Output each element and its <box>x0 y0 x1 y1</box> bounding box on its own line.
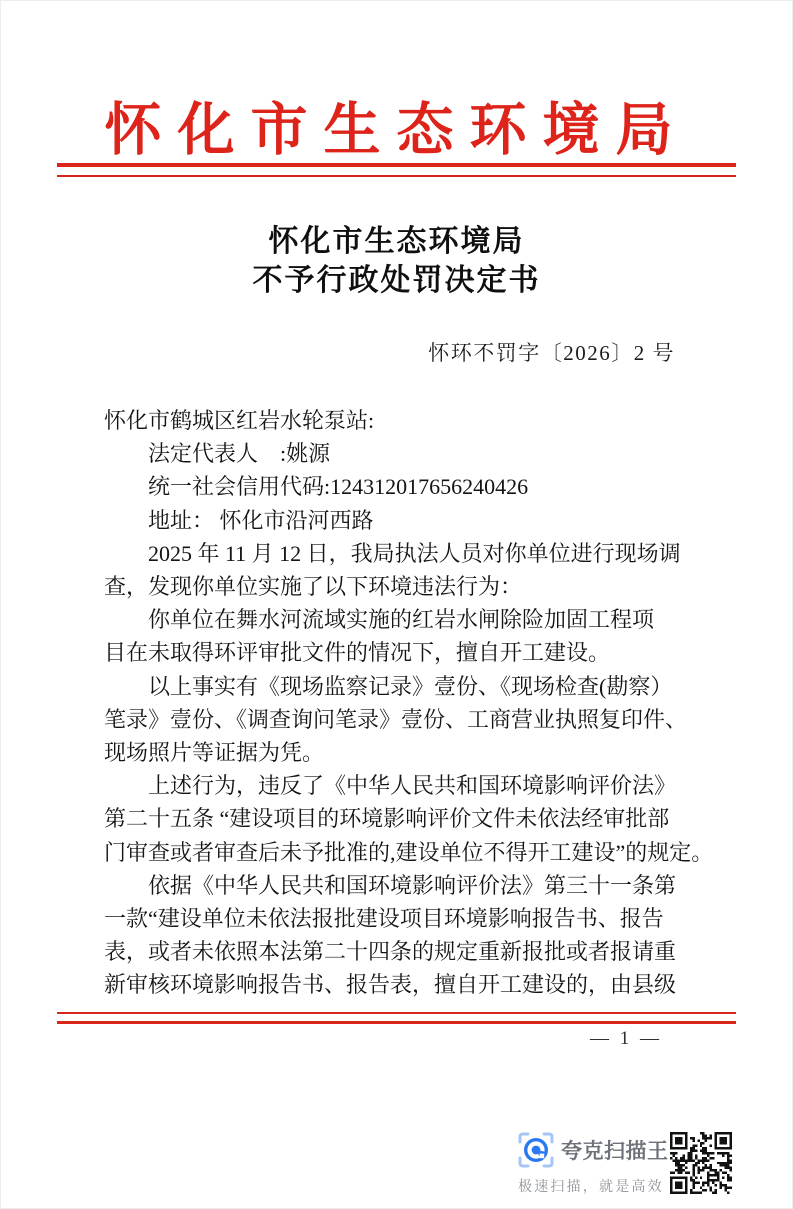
footer-divider-rule <box>57 1012 736 1024</box>
document-body: 怀化市鹤城区红岩水轮泵站: 法定代表人 :姚源 统一社会信用代码:1243120… <box>104 404 744 1002</box>
body-line: 怀化市鹤城区红岩水轮泵站: <box>104 404 744 437</box>
body-line: 新审核环境影响报告书、报告表，擅自开工建设的，由县级 <box>104 968 744 1001</box>
document-title-line2: 不予行政处罚决定书 <box>0 261 793 300</box>
body-line: 法定代表人 :姚源 <box>104 437 744 470</box>
body-line: 笔录》壹份、《调查询问笔录》壹份、工商营业执照复印件、 <box>104 703 744 736</box>
body-line: 以上事实有《现场监察记录》壹份、《现场检查(勘察） <box>104 670 744 703</box>
page-number: — 1 — <box>590 1028 662 1050</box>
body-line: 你单位在舞水河流域实施的红岩水闸除险加固工程项 <box>104 603 744 636</box>
document-number: 怀环不罚字〔2026〕2 号 <box>428 337 675 367</box>
body-line: 门审查或者审查后未予批准的,建设单位不得开工建设”的规定。 <box>104 836 744 869</box>
body-line: 查，发现你单位实施了以下环境违法行为： <box>104 570 744 603</box>
body-line: 依据《中华人民共和国环境影响评价法》第三十一条第 <box>104 869 744 902</box>
body-line: 目在未取得环评审批文件的情况下，擅自开工建设。 <box>104 636 744 669</box>
body-line: 表，或者未依照本法第二十四条的规定重新报批或者报请重 <box>104 935 744 968</box>
body-line: 一款“建设单位未依法报批建设项目环境影响报告书、报告 <box>104 902 744 935</box>
body-line: 现场照片等证据为凭。 <box>104 736 744 769</box>
letterhead-org-name: 怀化市生态环境局 <box>0 84 793 166</box>
scanner-watermark: 夸克扫描王 极速扫描，就是高效 <box>518 1132 668 1196</box>
scanner-brand-row: 夸克扫描王 <box>518 1132 668 1168</box>
document-title: 怀化市生态环境局 不予行政处罚决定书 <box>0 222 793 300</box>
quark-scanner-logo-icon <box>518 1132 554 1168</box>
document-title-line1: 怀化市生态环境局 <box>0 222 793 261</box>
document-page: 怀化市生态环境局 怀化市生态环境局 不予行政处罚决定书 怀环不罚字〔2026〕2… <box>0 0 793 1209</box>
body-line: 上述行为，违反了《中华人民共和国环境影响评价法》 <box>104 769 744 802</box>
body-line: 地址： 怀化市沿河西路 <box>104 504 744 537</box>
scanner-tagline: 极速扫描，就是高效 <box>518 1176 668 1196</box>
body-line: 第二十五条 “建设项目的环境影响评价文件未依法经审批部 <box>104 802 744 835</box>
scanner-brand-name: 夸克扫描王 <box>561 1135 669 1165</box>
qr-code-icon <box>670 1132 732 1194</box>
letterhead-divider-rule <box>57 163 736 177</box>
body-line: 统一社会信用代码:124312017656240426 <box>104 470 744 503</box>
body-line: 2025 年 11 月 12 日，我局执法人员对你单位进行现场调 <box>104 537 744 570</box>
